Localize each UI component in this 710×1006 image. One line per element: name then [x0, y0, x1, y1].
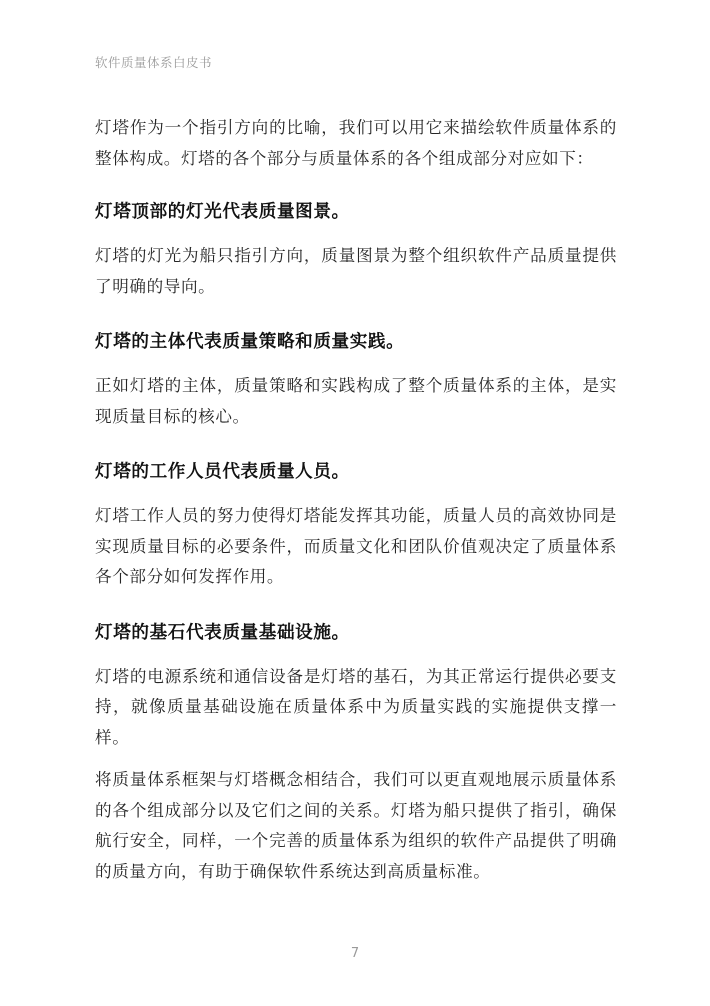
intro-paragraph: 灯塔作为一个指引方向的比喻，我们可以用它来描绘软件质量体系的整体构成。灯塔的各个… — [95, 113, 617, 174]
section-heading-light: 灯塔顶部的灯光代表质量图景。 — [95, 197, 617, 227]
section-body-body: 正如灯塔的主体，质量策略和实践构成了整个质量体系的主体，是实现质量目标的核心。 — [95, 371, 617, 432]
section-heading-foundation: 灯塔的基石代表质量基础设施。 — [95, 618, 617, 648]
section-body-light: 灯塔的灯光为船只指引方向，质量图景为整个组织软件产品质量提供了明确的导向。 — [95, 241, 617, 302]
running-header: 软件质量体系白皮书 — [95, 53, 212, 71]
section-heading-body: 灯塔的主体代表质量策略和质量实践。 — [95, 327, 617, 357]
section-heading-staff: 灯塔的工作人员代表质量人员。 — [95, 457, 617, 487]
conclusion-paragraph: 将质量体系框架与灯塔概念相结合，我们可以更直观地展示质量体系的各个组成部分以及它… — [95, 765, 617, 887]
section-body-foundation: 灯塔的电源系统和通信设备是灯塔的基石，为其正常运行提供必要支持，就像质量基础设施… — [95, 662, 617, 754]
section-body-staff: 灯塔工作人员的努力使得灯塔能发挥其功能，质量人员的高效协同是实现质量目标的必要条… — [95, 501, 617, 593]
page-content: 灯塔作为一个指引方向的比喻，我们可以用它来描绘软件质量体系的整体构成。灯塔的各个… — [95, 113, 617, 887]
page-number: 7 — [0, 946, 710, 961]
